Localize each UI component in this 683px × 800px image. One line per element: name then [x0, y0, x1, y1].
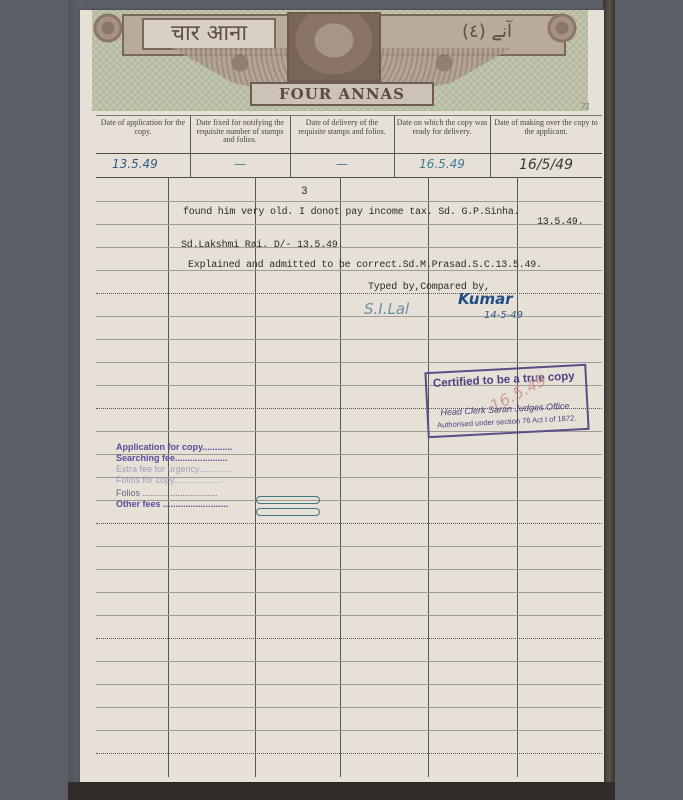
header-label: Date on which the copy was ready for del… [396, 119, 488, 136]
header-col-delivery-date: Date of delivery of the requisite stamps… [290, 115, 395, 177]
row-rule [96, 592, 602, 593]
row-rule [96, 339, 602, 340]
header-label: Date of application for the copy. [98, 119, 188, 136]
fee-line: Other fees .......................... [116, 499, 228, 509]
header-col-application-date: Date of application for the copy. 13.5.4… [96, 115, 191, 177]
fee-line: Folios .............................. [116, 488, 218, 498]
row-rule [96, 684, 602, 685]
comparer-date: 14-5-49 [484, 310, 523, 321]
fee-line: Extra fee for urgency............. [116, 464, 231, 474]
row-rule [96, 201, 602, 202]
row-rule [96, 362, 602, 363]
typist-signature: S.I.Lal [364, 300, 409, 318]
header-value: — [194, 157, 286, 171]
typed-line-statement: found him very old. I donot pay income t… [183, 207, 519, 218]
stamp-urdu-label: (٤) آنے [422, 18, 552, 46]
row-rule [96, 661, 602, 662]
header-label: Date of making over the copy to the appl… [492, 119, 600, 136]
fee-line: Searching fee..................... [116, 453, 228, 463]
page-number: 3 [301, 186, 307, 198]
row-rule [96, 247, 602, 248]
header-value: 16/5/49 [494, 157, 598, 173]
header-label: Date fixed for notifying the requisite n… [192, 119, 288, 145]
header-label: Date of delivery of the requisite stamps… [292, 119, 392, 136]
comparer-signature: Kumar [458, 290, 513, 308]
typed-line-signature: Sd.Lakshmi Rai. D/- 13.5.49. [181, 240, 343, 251]
header-value: — [294, 157, 390, 171]
fee-line: Application for copy............ [116, 442, 232, 452]
header-col-handover-date: Date of making over the copy to the appl… [490, 115, 602, 177]
row-rule [96, 569, 602, 570]
row-rule [96, 224, 602, 225]
ornament-scroll-icon [92, 10, 124, 46]
king-portrait-icon [287, 12, 381, 82]
typed-line-explained: Explained and admitted to be correct.Sd.… [188, 260, 542, 271]
desk-bottom [68, 782, 615, 800]
row-rule [96, 707, 602, 708]
fee-line: Folios for copy................... [116, 475, 221, 485]
header-value: 16.5.49 [398, 157, 486, 171]
revenue-stamp: चार आना (٤) آنے FOUR ANNAS [92, 10, 588, 111]
row-rule [96, 523, 602, 524]
row-rule [96, 753, 602, 754]
typed-line-date: 13.5.49. [537, 217, 583, 228]
header-col-ready-date: Date on which the copy was ready for del… [394, 115, 491, 177]
row-rule [96, 615, 602, 616]
cert-title: Certified to be a true copy [433, 370, 575, 389]
row-rule [96, 546, 602, 547]
copy-dates-table: Date of application for the copy. 13.5.4… [96, 115, 602, 177]
fee-scribble [256, 508, 320, 516]
stamp-denomination: FOUR ANNAS [250, 82, 434, 106]
court-copy-document: चार आना (٤) آنے FOUR ANNAS 71 Date of ap… [80, 10, 604, 782]
header-value: 13.5.49 [112, 157, 186, 171]
stamp-hindi-label: चार आना [142, 18, 276, 50]
certified-true-copy-stamp: Certified to be a true copy 16.5.49 Head… [424, 364, 589, 438]
row-rule [96, 730, 602, 731]
row-rule [96, 293, 602, 294]
fee-scribble [256, 496, 320, 504]
header-col-notify-date: Date fixed for notifying the requisite n… [190, 115, 291, 177]
page-mark: 71 [581, 102, 590, 111]
row-rule [96, 316, 602, 317]
row-rule [96, 638, 602, 639]
desk-edge-right [603, 0, 615, 800]
